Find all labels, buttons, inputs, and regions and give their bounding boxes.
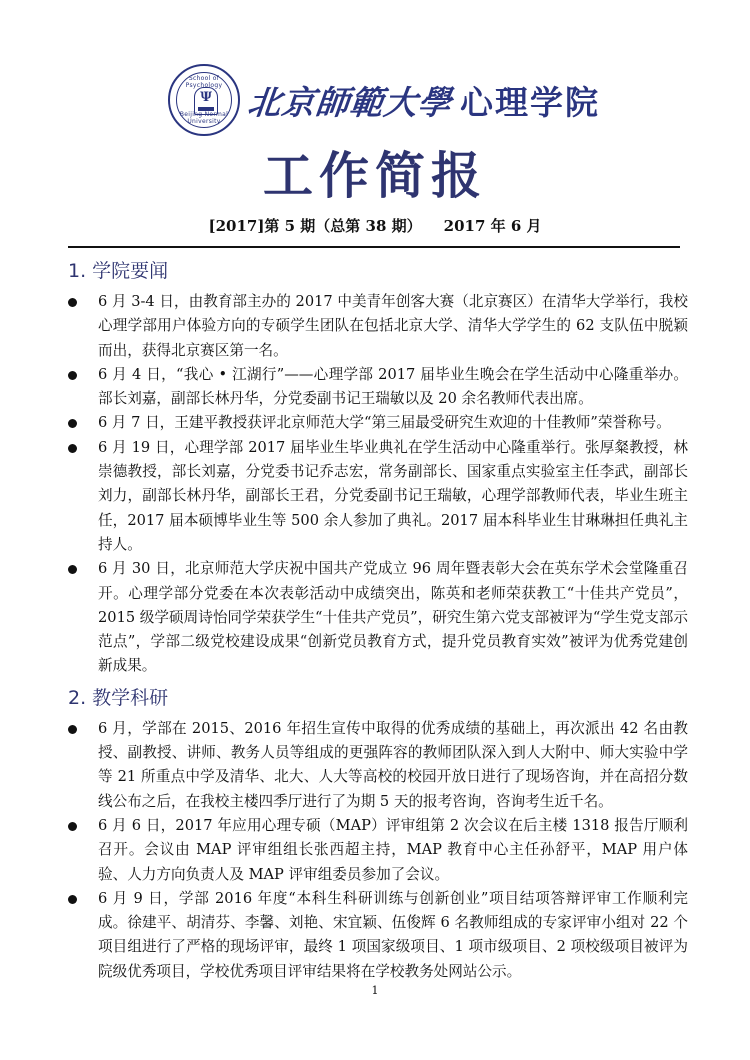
section-college-news: 1. 学院要闻 6 月 3-4 日，由教育部主办的 2017 中美青年创客大赛（…: [68, 256, 688, 679]
list-item-text: 6 月 19 日，心理学部 2017 届毕业生毕业典礼在学生活动中心隆重举行。张…: [98, 439, 688, 553]
list-item: 6 月 6 日，2017 年应用心理专硕（MAP）评审组第 2 次会议在后主楼 …: [68, 814, 688, 887]
brand-name: 北京師範大學 心理学院: [248, 62, 600, 138]
list-item-text: 6 月 7 日，王建平教授获评北京师范大学“第三届最受研究生欢迎的十佳教师”荣誉…: [98, 414, 671, 431]
seal-bottom-text: Beijing Normal University: [170, 111, 238, 125]
university-seal-icon: School of Psychology Ψ Beijing Normal Un…: [168, 64, 240, 136]
list-item: 6 月 7 日，王建平教授获评北京师范大学“第三届最受研究生欢迎的十佳教师”荣誉…: [68, 411, 688, 435]
list-item-text: 6 月，学部在 2015、2016 年招生宣传中取得的优秀成绩的基础上，再次派出…: [98, 720, 688, 810]
issue-date: 2017 年 6 月: [444, 217, 542, 235]
document-body: 1. 学院要闻 6 月 3-4 日，由教育部主办的 2017 中美青年创客大赛（…: [68, 256, 688, 984]
bullet-icon: [68, 822, 77, 831]
bullet-icon: [68, 371, 77, 380]
list-item-text: 6 月 4 日，“我心 • 江湖行”——心理学部 2017 届毕业生晚会在学生活…: [98, 366, 688, 407]
issue-line: [2017]第 5 期（总第 38 期）2017 年 6 月: [0, 216, 750, 236]
page-number: 1: [0, 984, 750, 997]
section-heading: 1. 学院要闻: [68, 256, 688, 286]
bullet-list: 6 月 3-4 日，由教育部主办的 2017 中美青年创客大赛（北京赛区）在清华…: [68, 290, 688, 679]
list-item: 6 月 9 日，学部 2016 年度“本科生科研训练与创新创业”项目结项答辩评审…: [68, 887, 688, 984]
list-item: 6 月，学部在 2015、2016 年招生宣传中取得的优秀成绩的基础上，再次派出…: [68, 717, 688, 814]
bullet-icon: [68, 444, 77, 453]
issue-number: [2017]第 5 期（总第 38 期）: [208, 217, 421, 235]
list-item: 6 月 4 日，“我心 • 江湖行”——心理学部 2017 届毕业生晚会在学生活…: [68, 363, 688, 412]
list-item-text: 6 月 9 日，学部 2016 年度“本科生科研训练与创新创业”项目结项答辩评审…: [98, 890, 688, 980]
document-page: School of Psychology Ψ Beijing Normal Un…: [0, 0, 750, 1060]
list-item-text: 6 月 6 日，2017 年应用心理专硕（MAP）评审组第 2 次会议在后主楼 …: [98, 817, 688, 883]
university-name: 北京師範大學: [246, 77, 455, 124]
bullet-icon: [68, 565, 77, 574]
header-divider: [68, 246, 680, 248]
section-heading: 2. 教学科研: [68, 683, 688, 713]
list-item: 6 月 30 日，北京师范大学庆祝中国共产党成立 96 周年暨表彰大会在英东学术…: [68, 557, 688, 678]
list-item-text: 6 月 3-4 日，由教育部主办的 2017 中美青年创客大赛（北京赛区）在清华…: [98, 293, 688, 359]
list-item: 6 月 19 日，心理学部 2017 届毕业生毕业典礼在学生活动中心隆重举行。张…: [68, 436, 688, 557]
school-name: 心理学院: [460, 77, 600, 124]
bullet-icon: [68, 725, 77, 734]
psi-symbol-icon: Ψ: [195, 91, 217, 104]
masthead: School of Psychology Ψ Beijing Normal Un…: [168, 62, 600, 138]
bullet-icon: [68, 298, 77, 307]
list-item: 6 月 3-4 日，由教育部主办的 2017 中美青年创客大赛（北京赛区）在清华…: [68, 290, 688, 363]
list-item-text: 6 月 30 日，北京师范大学庆祝中国共产党成立 96 周年暨表彰大会在英东学术…: [98, 560, 688, 674]
bullet-icon: [68, 419, 77, 428]
document-title: 工作简报: [0, 144, 750, 208]
section-teaching-research: 2. 教学科研 6 月，学部在 2015、2016 年招生宣传中取得的优秀成绩的…: [68, 683, 688, 984]
bullet-list: 6 月，学部在 2015、2016 年招生宣传中取得的优秀成绩的基础上，再次派出…: [68, 717, 688, 984]
bullet-icon: [68, 895, 77, 904]
